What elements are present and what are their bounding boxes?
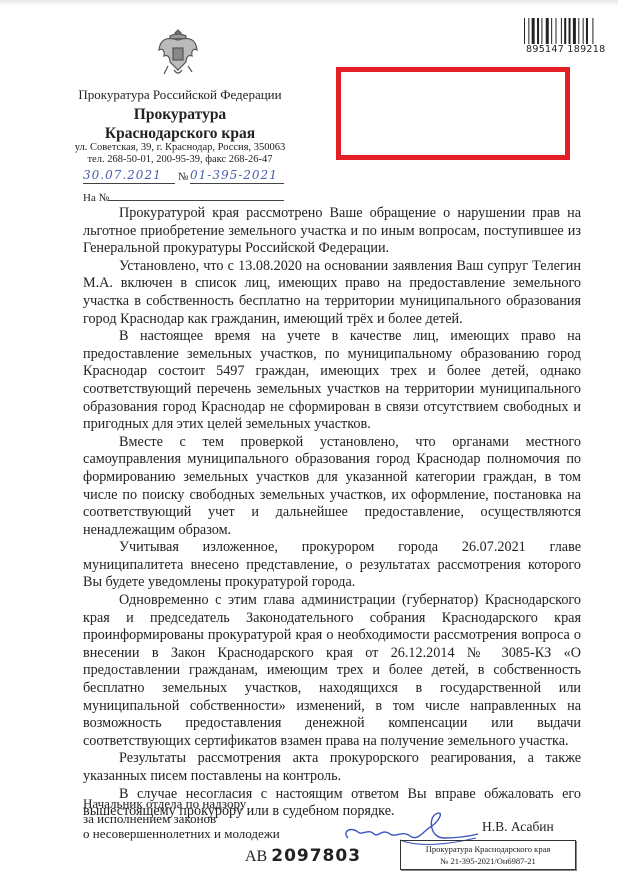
- redacted-addressee-box: [336, 67, 570, 160]
- paragraph: Вместе с тем проверкой установлено, что …: [83, 434, 581, 540]
- org-name: Прокуратура Краснодарского края: [60, 105, 300, 143]
- paragraph: Одновременно с этим глава администрации …: [83, 592, 581, 750]
- signatory-name: Н.В. Асабин: [482, 819, 554, 835]
- outgoing-number-label: №: [178, 171, 189, 183]
- form-serial: АВ 2097803: [245, 846, 361, 866]
- org-contacts: ул. Советская, 39, г. Краснодар, Россия,…: [60, 142, 300, 166]
- reference-number-field: [108, 200, 284, 201]
- form-serial-series: АВ: [245, 848, 267, 865]
- paragraph: Результаты рассмотрения акта прокурорско…: [83, 750, 581, 785]
- form-serial-number: 2097803: [271, 846, 361, 866]
- barcode-number: 895147 189218: [526, 44, 616, 55]
- org-address: ул. Советская, 39, г. Краснодар, Россия,…: [60, 142, 300, 154]
- signatory-title: Начальник отдела по надзору за исполнени…: [83, 796, 280, 841]
- reference-number-label: На №: [83, 192, 109, 204]
- signatory-title-line1: Начальник отдела по надзору: [83, 796, 280, 811]
- stamp-line1: Прокуратура Краснодарского края: [401, 843, 575, 855]
- paragraph: Установлено, что с 13.08.2020 на основан…: [83, 258, 581, 328]
- paragraph: Прокуратурой края рассмотрено Ваше обращ…: [83, 205, 581, 258]
- org-phones: тел. 268-50-01, 200-95-39, факс 268-26-4…: [60, 154, 300, 166]
- signatory-title-line2: за исполнением законов: [83, 811, 280, 826]
- org-parent-name: Прокуратура Российской Федерации: [60, 87, 300, 103]
- coat-of-arms-icon: [156, 26, 200, 78]
- registration-stamp: Прокуратура Краснодарского края № 21-395…: [400, 840, 576, 870]
- stamp-line2: № 21-395-2021/Он6987-21: [401, 855, 575, 867]
- org-name-line2: Краснодарского края: [60, 124, 300, 143]
- outgoing-date-field: 30.07.2021: [83, 168, 175, 184]
- paragraph: В настоящее время на учете в качестве ли…: [83, 328, 581, 434]
- outgoing-number-field: 01-395-2021: [190, 168, 284, 184]
- letter-body: Прокуратурой края рассмотрено Ваше обращ…: [83, 205, 581, 821]
- signatory-title-line3: о несовершеннолетних и молодежи: [83, 826, 280, 841]
- paragraph: Учитывая изложенное, прокурором города 2…: [83, 539, 581, 592]
- scan-edge-shade: [0, 0, 618, 6]
- org-name-line1: Прокуратура: [60, 105, 300, 124]
